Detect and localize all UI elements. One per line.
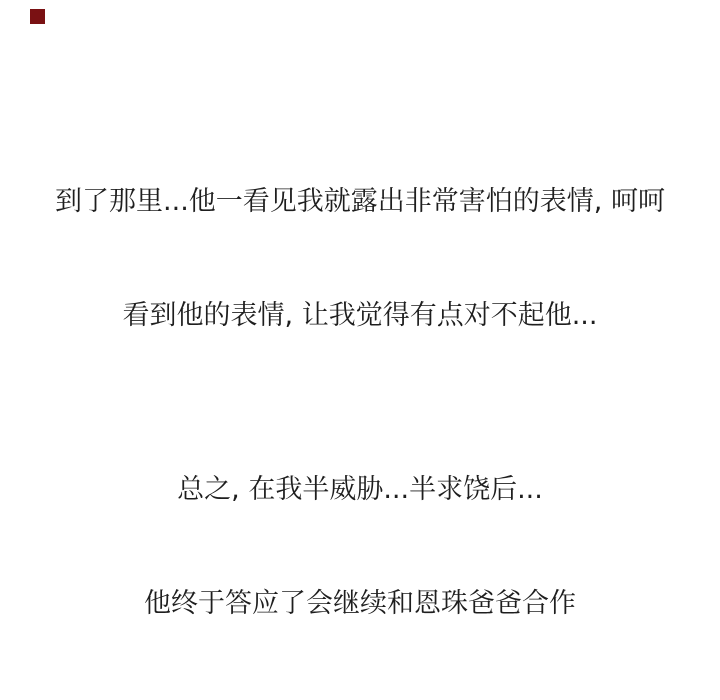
- narration-line: 总之, 在我半威胁...半求饶后...: [0, 471, 720, 509]
- narration-line: 他终于答应了会继续和恩珠爸爸合作: [0, 585, 720, 623]
- watermark-square-icon: [30, 9, 45, 24]
- narration-line: 看到他的表情, 让我觉得有点对不起他...: [0, 297, 720, 335]
- narration-block-top: 到了那里...他一看见我就露出非常害怕的表情, 呵呵 看到他的表情, 让我觉得有…: [0, 107, 720, 411]
- narration-block-bottom: 总之, 在我半威胁...半求饶后... 他终于答应了会继续和恩珠爸爸合作: [0, 395, 720, 699]
- narration-line: 到了那里...他一看见我就露出非常害怕的表情, 呵呵: [0, 183, 720, 221]
- comic-page: 到了那里...他一看见我就露出非常害怕的表情, 呵呵 看到他的表情, 让我觉得有…: [0, 0, 720, 700]
